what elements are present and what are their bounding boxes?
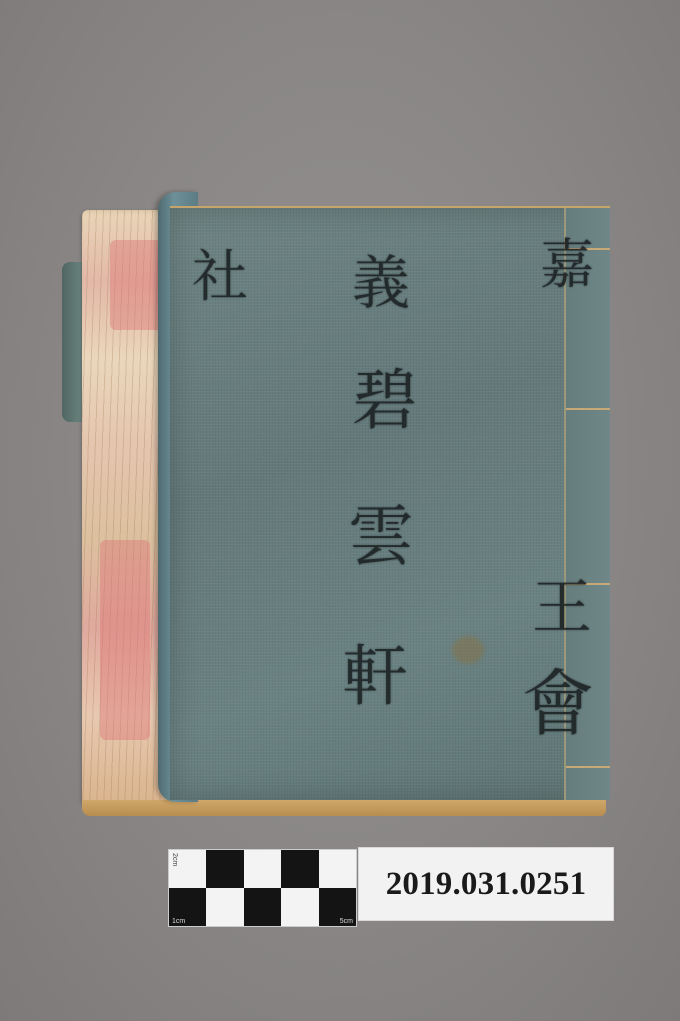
- scale-cell: [244, 850, 281, 888]
- cover-char: 雲: [348, 504, 414, 570]
- cover-char: 社: [192, 250, 248, 306]
- cover-char: 碧: [352, 368, 418, 434]
- cover-stain: [452, 636, 484, 664]
- scale-cell: [206, 888, 243, 926]
- catalog-number-label: 2019.031.0251: [358, 847, 614, 921]
- binding-thread: [566, 766, 610, 768]
- cover-char: 嘉: [540, 238, 594, 292]
- scale-bar: 2cm 1cm 5cm: [168, 849, 357, 927]
- cover-char: 王: [532, 578, 592, 638]
- cover-char: 軒: [342, 644, 408, 710]
- scale-cell: [206, 850, 243, 888]
- scale-label-bottom-right: 5cm: [340, 918, 353, 925]
- museum-photograph: 嘉 社 義 碧 雲 軒 王 會 2cm 1cm 5cm 2019.031.025…: [0, 0, 680, 1021]
- scale-cell: [244, 888, 281, 926]
- scale-label-top: 2cm: [171, 853, 178, 866]
- cover-char: 義: [352, 254, 410, 312]
- scale-cell: [281, 850, 318, 888]
- scale-cell: [281, 888, 318, 926]
- scale-cell: [319, 850, 356, 888]
- binding-thread: [566, 408, 610, 410]
- book-cover: 嘉 社 義 碧 雲 軒 王 會: [170, 206, 610, 800]
- book-object: 嘉 社 義 碧 雲 軒 王 會: [62, 192, 614, 816]
- pink-stain: [100, 540, 150, 740]
- scale-label-bottom-left: 1cm: [172, 918, 185, 925]
- cover-char: 會: [522, 668, 594, 740]
- cloth-tab: [62, 262, 82, 422]
- bottom-page-edge: [82, 800, 606, 816]
